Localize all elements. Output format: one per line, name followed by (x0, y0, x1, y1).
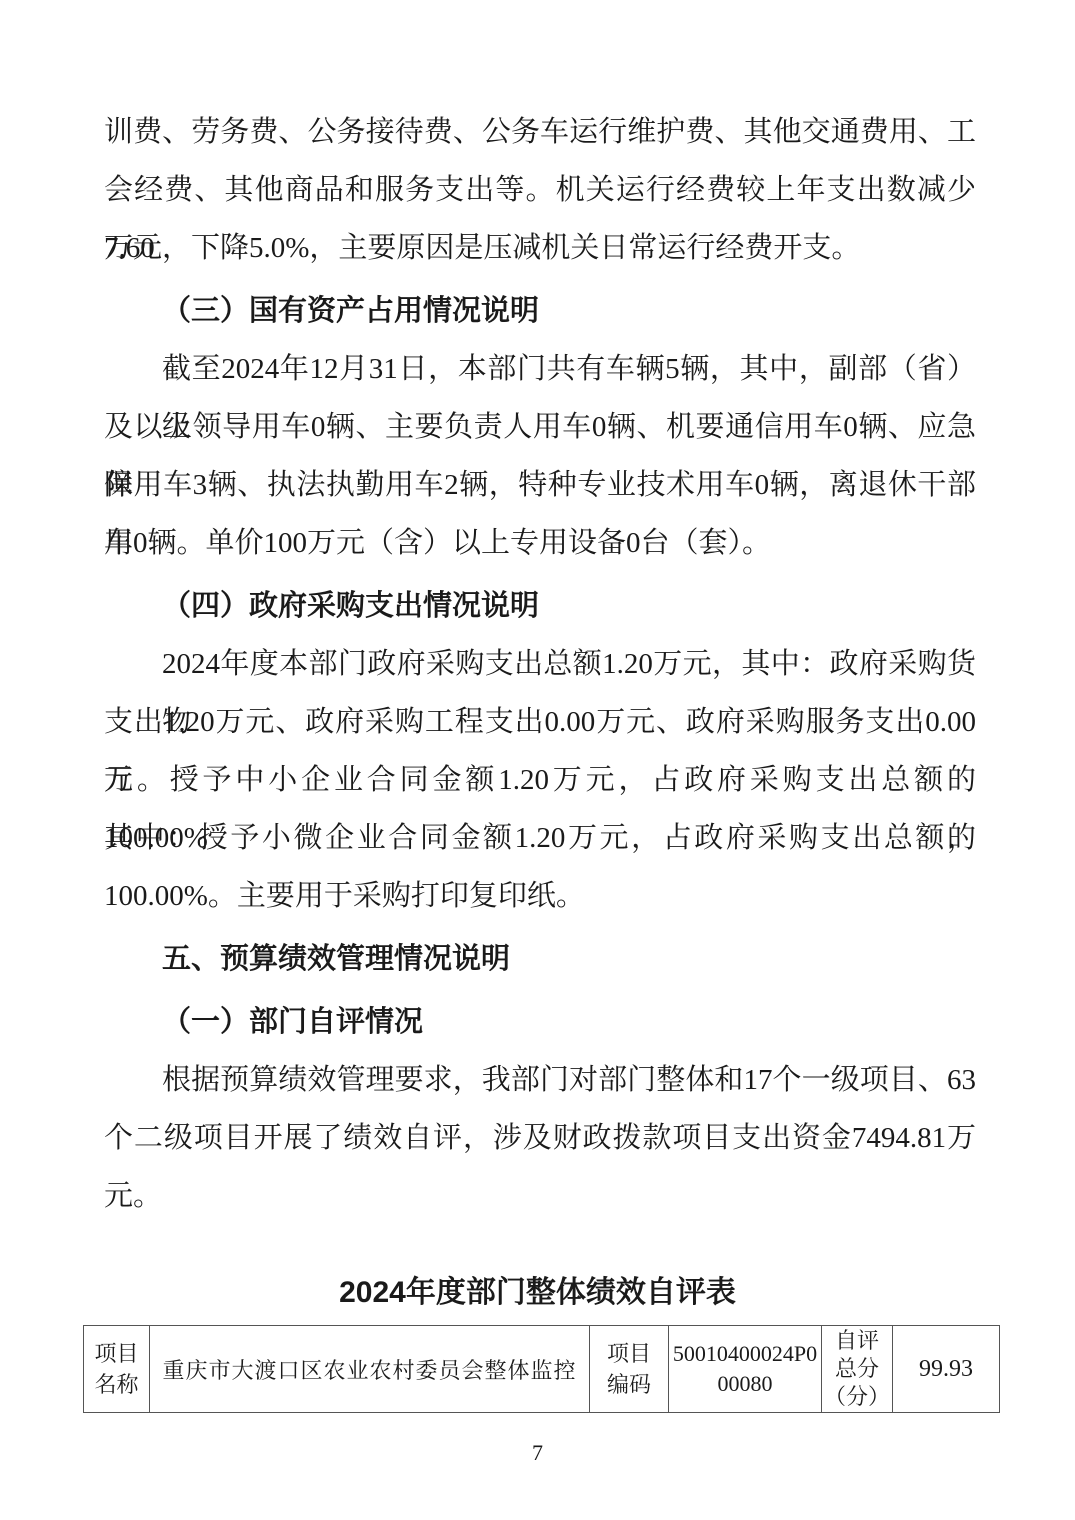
cell-project-name-value: 重庆市大渡口区农业农村委员会整体监控 (150, 1326, 590, 1413)
paragraph-line: 支出1.20万元、政府采购工程支出0.00万元、政府采购服务支出0.00万 (104, 693, 976, 751)
table-title: 2024年度部门整体绩效自评表 (0, 1272, 1075, 1314)
heading-self-evaluation: （一）部门自评情况 (104, 993, 976, 1051)
paragraph-line: 截至2024年12月31日，本部门共有车辆5辆，其中，副部（省）级 (104, 340, 976, 398)
cell-self-score-label: 自评 总分 （分） (822, 1326, 893, 1413)
heading-procurement: （四）政府采购支出情况说明 (104, 577, 976, 635)
heading-state-assets: （三）国有资产占用情况说明 (104, 282, 976, 340)
paragraph-line: 会经费、其他商品和服务支出等。机关运行经费较上年支出数减少7.60 (104, 161, 976, 219)
heading-performance-management: 五、预算绩效管理情况说明 (104, 930, 976, 988)
paragraph-line: 万元，下降5.0%，主要原因是压减机关日常运行经费开支。 (104, 219, 976, 277)
paragraph-line: 100.00%。主要用于采购打印复印纸。 (104, 867, 976, 925)
self-eval-table: 项目 名称 重庆市大渡口区农业农村委员会整体监控 项目 编码 500104000… (83, 1325, 1000, 1413)
paragraph-line: 及以上领导用车0辆、主要负责人用车0辆、机要通信用车0辆、应急保 (104, 398, 976, 456)
document-page: 训费、劳务费、公务接待费、公务车运行维护费、其他交通费用、工 会经费、其他商品和… (0, 0, 1075, 1520)
paragraph-line: 元。授予中小企业合同金额1.20万元，占政府采购支出总额的100.00%， (104, 751, 976, 809)
paragraph-line: 其中：授予小微企业合同金额1.20万元，占政府采购支出总额的 (104, 809, 976, 867)
table-row: 项目 名称 重庆市大渡口区农业农村委员会整体监控 项目 编码 500104000… (84, 1326, 1000, 1413)
paragraph-line: 2024年度本部门政府采购支出总额1.20万元，其中：政府采购货物 (104, 635, 976, 693)
paragraph-line: 根据预算绩效管理要求，我部门对部门整体和17个一级项目、63 (104, 1051, 976, 1109)
cell-self-score-value: 99.93 (893, 1326, 1000, 1413)
paragraph-line: 元。 (104, 1167, 976, 1225)
paragraph-line: 车0辆。单价100万元（含）以上专用设备0台（套）。 (104, 514, 976, 572)
cell-project-code-label: 项目 编码 (590, 1326, 669, 1413)
paragraph-line: 训费、劳务费、公务接待费、公务车运行维护费、其他交通费用、工 (104, 103, 976, 161)
cell-project-code-value: 50010400024P000080 (669, 1326, 822, 1413)
paragraph-line: 个二级项目开展了绩效自评，涉及财政拨款项目支出资金7494.81万 (104, 1109, 976, 1167)
page-number: 7 (0, 1438, 1075, 1468)
body-text: 训费、劳务费、公务接待费、公务车运行维护费、其他交通费用、工 会经费、其他商品和… (104, 103, 976, 1225)
cell-project-name-label: 项目 名称 (84, 1326, 150, 1413)
paragraph-line: 障用车3辆、执法执勤用车2辆，特种专业技术用车0辆，离退休干部用 (104, 456, 976, 514)
